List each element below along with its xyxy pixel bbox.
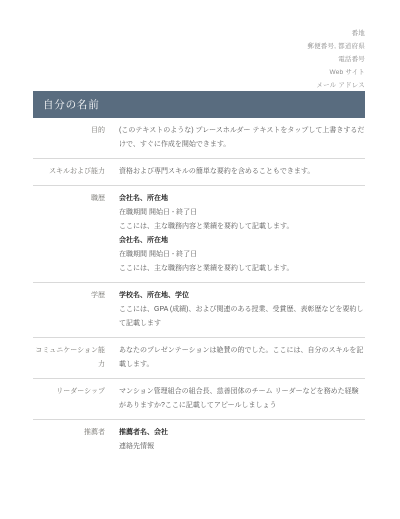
- section-paragraph[interactable]: 会社名、所在地: [119, 234, 365, 248]
- contact-line[interactable]: 郵便番号, 都道府県: [307, 40, 365, 53]
- name-bar: 自分の名前: [33, 91, 365, 118]
- resume-section: リーダーシップ マンション管理組合の組合長、慈善団体のチーム リーダーなどを務め…: [33, 379, 365, 420]
- section-content: 学校名、所在地、学位ここには、GPA (成績)、および関連のある授業、受賞歴、表…: [119, 289, 365, 331]
- section-paragraph[interactable]: ここには、主な職務内容と業績を要約して記載します。: [119, 262, 365, 276]
- section-paragraph[interactable]: ここには、主な職務内容と業績を要約して記載します。: [119, 220, 365, 234]
- contact-line[interactable]: 電話番号: [307, 53, 365, 66]
- resume-sections: 目的 (このテキストのような) プレースホルダー テキストをタップして上書きする…: [33, 118, 365, 460]
- section-paragraph[interactable]: マンション管理組合の組合長、慈善団体のチーム リーダーなどを務めた経験があります…: [119, 385, 365, 413]
- section-label[interactable]: 学歴: [33, 289, 105, 303]
- section-label[interactable]: スキルおよび能力: [33, 165, 105, 179]
- section-paragraph[interactable]: 推薦者名、会社: [119, 426, 365, 440]
- section-paragraph[interactable]: あなたのプレゼンテーションは絶賛の的でした。ここには、自分のスキルを記載します。: [119, 344, 365, 372]
- section-content: (このテキストのような) プレースホルダー テキストをタップして上書きするだけで…: [119, 124, 365, 152]
- contact-info: 番地郵便番号, 都道府県電話番号Web サイトメール アドレス: [307, 27, 365, 92]
- resume-section: コミュニケーション能力 あなたのプレゼンテーションは絶賛の的でした。ここには、自…: [33, 338, 365, 379]
- section-label[interactable]: 推薦者: [33, 426, 105, 440]
- resume-section: 目的 (このテキストのような) プレースホルダー テキストをタップして上書きする…: [33, 118, 365, 159]
- section-paragraph[interactable]: 在職期間 開始日 - 終了日: [119, 248, 365, 262]
- section-label[interactable]: 目的: [33, 124, 105, 138]
- section-label[interactable]: 職歴: [33, 192, 105, 206]
- section-paragraph[interactable]: (このテキストのような) プレースホルダー テキストをタップして上書きするだけで…: [119, 124, 365, 152]
- section-content: 推薦者名、会社連絡先情報: [119, 426, 365, 454]
- section-paragraph[interactable]: ここには、GPA (成績)、および関連のある授業、受賞歴、表彰歴などを要約して記…: [119, 303, 365, 331]
- page-title[interactable]: 自分の名前: [43, 97, 100, 112]
- section-paragraph[interactable]: 連絡先情報: [119, 440, 365, 454]
- resume-section: 推薦者 推薦者名、会社連絡先情報: [33, 420, 365, 460]
- section-paragraph[interactable]: 在職期間 開始日 - 終了日: [119, 206, 365, 220]
- section-content: 資格および専門スキルの簡単な要約を含めることもできます。: [119, 165, 365, 179]
- contact-line[interactable]: Web サイト: [307, 66, 365, 79]
- contact-line[interactable]: 番地: [307, 27, 365, 40]
- section-paragraph[interactable]: 学校名、所在地、学位: [119, 289, 365, 303]
- section-paragraph[interactable]: 会社名、所在地: [119, 192, 365, 206]
- section-label[interactable]: コミュニケーション能力: [33, 344, 105, 372]
- section-content: 会社名、所在地在職期間 開始日 - 終了日ここには、主な職務内容と業績を要約して…: [119, 192, 365, 276]
- resume-section: スキルおよび能力 資格および専門スキルの簡単な要約を含めることもできます。: [33, 159, 365, 186]
- section-paragraph[interactable]: 資格および専門スキルの簡単な要約を含めることもできます。: [119, 165, 365, 179]
- section-content: あなたのプレゼンテーションは絶賛の的でした。ここには、自分のスキルを記載します。: [119, 344, 365, 372]
- resume-section: 学歴 学校名、所在地、学位ここには、GPA (成績)、および関連のある授業、受賞…: [33, 283, 365, 338]
- resume-section: 職歴 会社名、所在地在職期間 開始日 - 終了日ここには、主な職務内容と業績を要…: [33, 186, 365, 283]
- section-content: マンション管理組合の組合長、慈善団体のチーム リーダーなどを務めた経験があります…: [119, 385, 365, 413]
- section-label[interactable]: リーダーシップ: [33, 385, 105, 399]
- resume-page: 番地郵便番号, 都道府県電話番号Web サイトメール アドレス 自分の名前 目的…: [0, 0, 400, 519]
